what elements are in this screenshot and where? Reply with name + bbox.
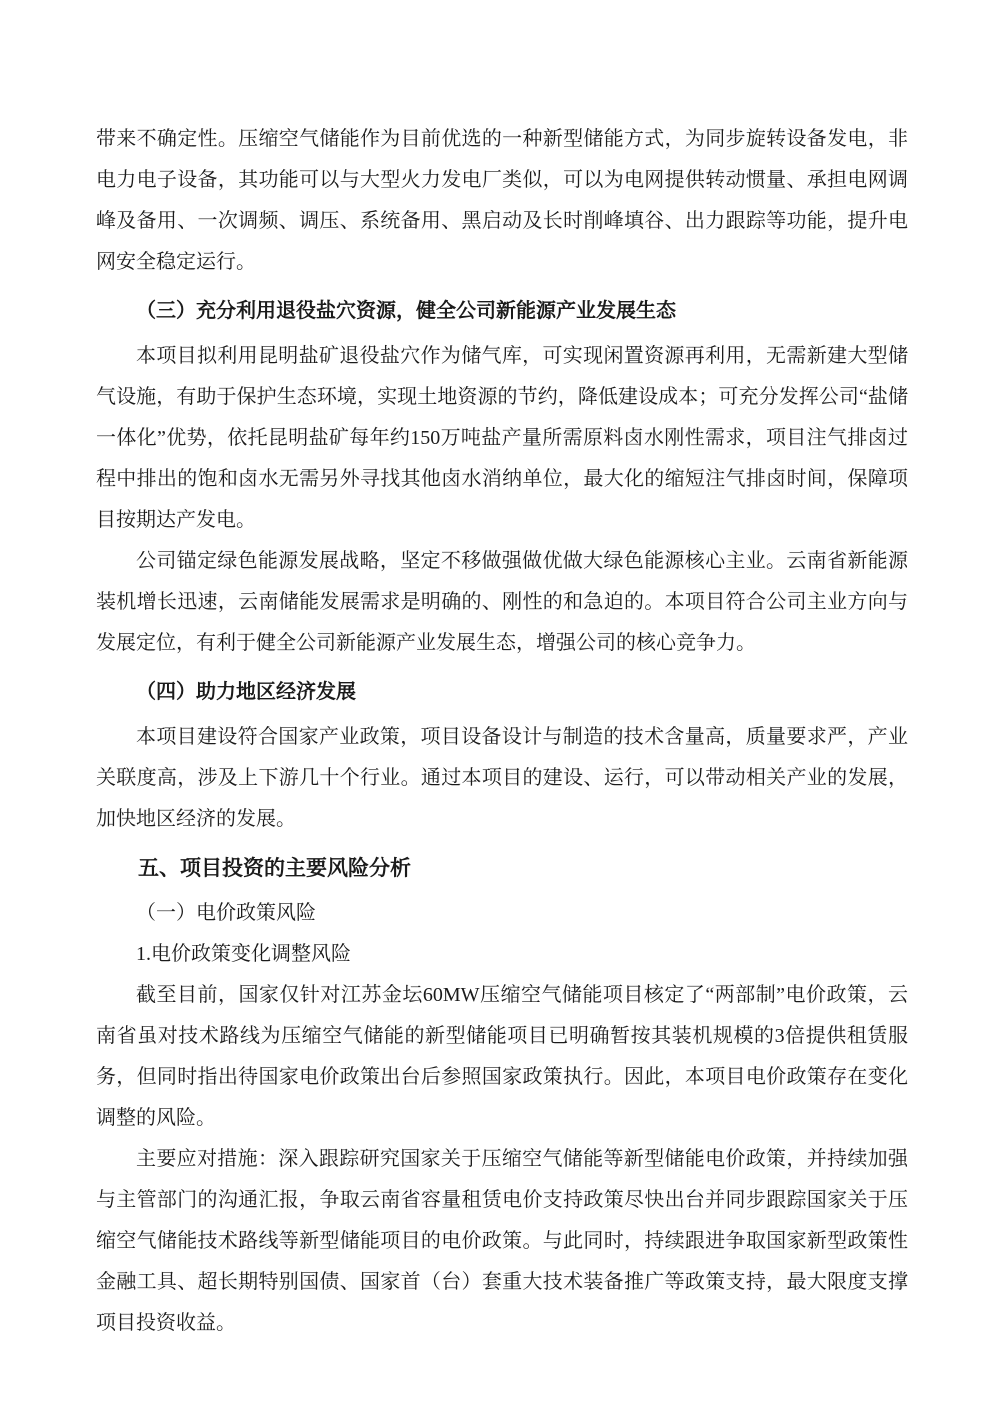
- subsection-heading-1-1: 1.电价政策变化调整风险: [96, 934, 908, 975]
- document-page: 带来不确定性。压缩空气储能作为目前优选的一种新型储能方式，为同步旋转设备发电，非…: [0, 0, 1000, 1414]
- section-heading-4: （四）助力地区经济发展: [96, 672, 908, 713]
- chapter-heading-5: 五、项目投资的主要风险分析: [96, 848, 908, 889]
- document-content: 带来不确定性。压缩空气储能作为目前优选的一种新型储能方式，为同步旋转设备发电，非…: [96, 119, 908, 1344]
- body-paragraph-salt-cavern: 本项目拟利用昆明盐矿退役盐穴作为储气库，可实现闲置资源再利用，无需新建大型储气设…: [96, 336, 908, 541]
- body-paragraph-green-energy: 公司锚定绿色能源发展战略，坚定不移做强做优做大绿色能源核心主业。云南省新能源装机…: [96, 541, 908, 664]
- body-paragraph-regional-econ: 本项目建设符合国家产业政策，项目设备设计与制造的技术含量高，质量要求严，产业关联…: [96, 717, 908, 840]
- body-paragraph-continued: 带来不确定性。压缩空气储能作为目前优选的一种新型储能方式，为同步旋转设备发电，非…: [96, 119, 908, 283]
- section-heading-3: （三）充分利用退役盐穴资源，健全公司新能源产业发展生态: [96, 291, 908, 332]
- body-paragraph-countermeasure: 主要应对措施：深入跟踪研究国家关于压缩空气储能等新型储能电价政策，并持续加强与主…: [96, 1139, 908, 1344]
- subsection-heading-1: （一）电价政策风险: [96, 893, 908, 934]
- body-paragraph-price-risk: 截至目前，国家仅针对江苏金坛60MW压缩空气储能项目核定了“两部制”电价政策，云…: [96, 975, 908, 1139]
